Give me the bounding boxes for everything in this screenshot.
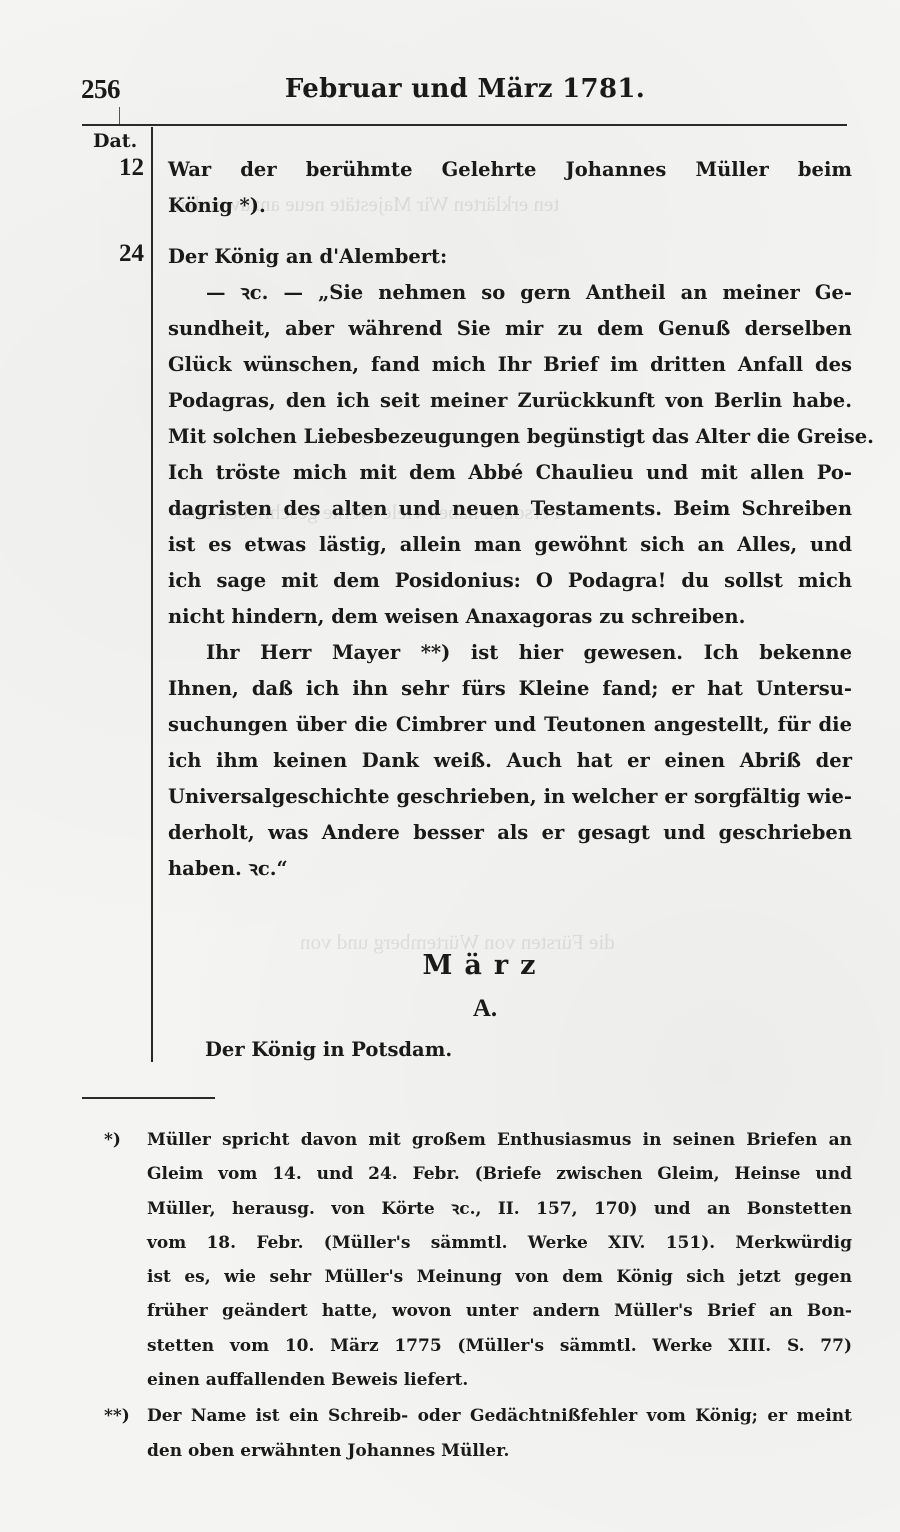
footnote-line: den oben erwähnten Johannes Müller. <box>147 1434 852 1468</box>
footnote-rule <box>82 1097 215 1099</box>
footnote-line: Müller, herausg. von Körte ꝛc., II. 157,… <box>147 1192 852 1226</box>
text-line: suchungen über die Cimbrer und Teutonen … <box>168 707 852 743</box>
text-line: Glück wünschen, fand mich Ihr Brief im d… <box>168 347 852 383</box>
text-line: Podagras, den ich seit meiner Zurückkunf… <box>168 383 852 419</box>
footnote-1: *) Müller spricht davon mit großem Enthu… <box>104 1123 852 1397</box>
text-line: ich sage mit dem Posidonius: O Podagra! … <box>168 563 852 599</box>
text-line: nicht hindern, dem weisen Anaxagoras zu … <box>168 599 852 635</box>
entry-24-heading: Der König an d'Alembert: <box>168 239 852 275</box>
footnote-line: Gleim vom 14. und 24. Febr. (Briefe zwis… <box>147 1157 852 1191</box>
header-rule <box>82 124 847 126</box>
footnote-line: vom 18. Febr. (Müller's sämmtl. Werke XI… <box>147 1226 852 1260</box>
section-letter-heading: A. <box>0 995 900 1023</box>
section-month-heading: März <box>0 950 900 981</box>
entry-24-text: Der König an d'Alembert: — ꝛc. — „Sie ne… <box>168 239 852 887</box>
text-line: War der berühmte Gelehrte Johannes Mülle… <box>168 152 852 188</box>
text-line: sundheit, aber während Sie mir zu dem Ge… <box>168 311 852 347</box>
footnote-2: **) Der Name ist ein Schreib- oder Gedäc… <box>104 1399 852 1468</box>
entry-12-text: War der berühmte Gelehrte Johannes Mülle… <box>168 152 852 224</box>
footnote-line: Müller spricht davon mit großem Enthusia… <box>147 1123 852 1157</box>
date-entry-12: 12 <box>80 154 144 182</box>
text-line: Universalgeschichte geschrieben, in welc… <box>168 779 852 815</box>
footnote-marker: *) <box>104 1123 121 1157</box>
text-line: ich ihm keinen Dank weiß. Auch hat er ei… <box>168 743 852 779</box>
footnote-marker: **) <box>104 1399 130 1433</box>
date-column-rule <box>151 127 153 1062</box>
footnote-line: stetten vom 10. März 1775 (Müller's sämm… <box>147 1329 852 1363</box>
footnotes: *) Müller spricht davon mit großem Enthu… <box>104 1123 852 1468</box>
text-line: Mit solchen Liebesbezeugungen begünstigt… <box>168 419 852 455</box>
running-head: Februar und März 1781. <box>0 74 900 104</box>
text-line: ist es etwas lästig, allein man gewöhnt … <box>168 527 852 563</box>
text-line: Ihr Herr Mayer **) ist hier gewesen. Ich… <box>168 635 852 671</box>
footnote-line: ist es, wie sehr Müller's Meinung von de… <box>147 1260 852 1294</box>
section-place: Der König in Potsdam. <box>205 1038 452 1061</box>
footnote-line: Der Name ist ein Schreib- oder Gedächtni… <box>147 1399 852 1433</box>
date-column-label: Dat. <box>93 130 157 152</box>
text-line: König *). <box>168 188 852 224</box>
header-tick-mark <box>119 107 120 124</box>
text-line: haben. ꝛc.“ <box>168 851 852 887</box>
text-line: derholt, was Andere besser als er gesagt… <box>168 815 852 851</box>
text-line: — ꝛc. — „Sie nehmen so gern Antheil an m… <box>168 275 852 311</box>
footnote-line: einen auffallenden Beweis liefert. <box>147 1363 852 1397</box>
text-line: dagristen des alten und neuen Testaments… <box>168 491 852 527</box>
date-entry-24: 24 <box>80 240 144 268</box>
footnote-line: früher geändert hatte, wovon unter ander… <box>147 1294 852 1328</box>
text-line: Ich tröste mich mit dem Abbé Chaulieu un… <box>168 455 852 491</box>
text-line: Ihnen, daß ich ihn sehr fürs Kleine fand… <box>168 671 852 707</box>
